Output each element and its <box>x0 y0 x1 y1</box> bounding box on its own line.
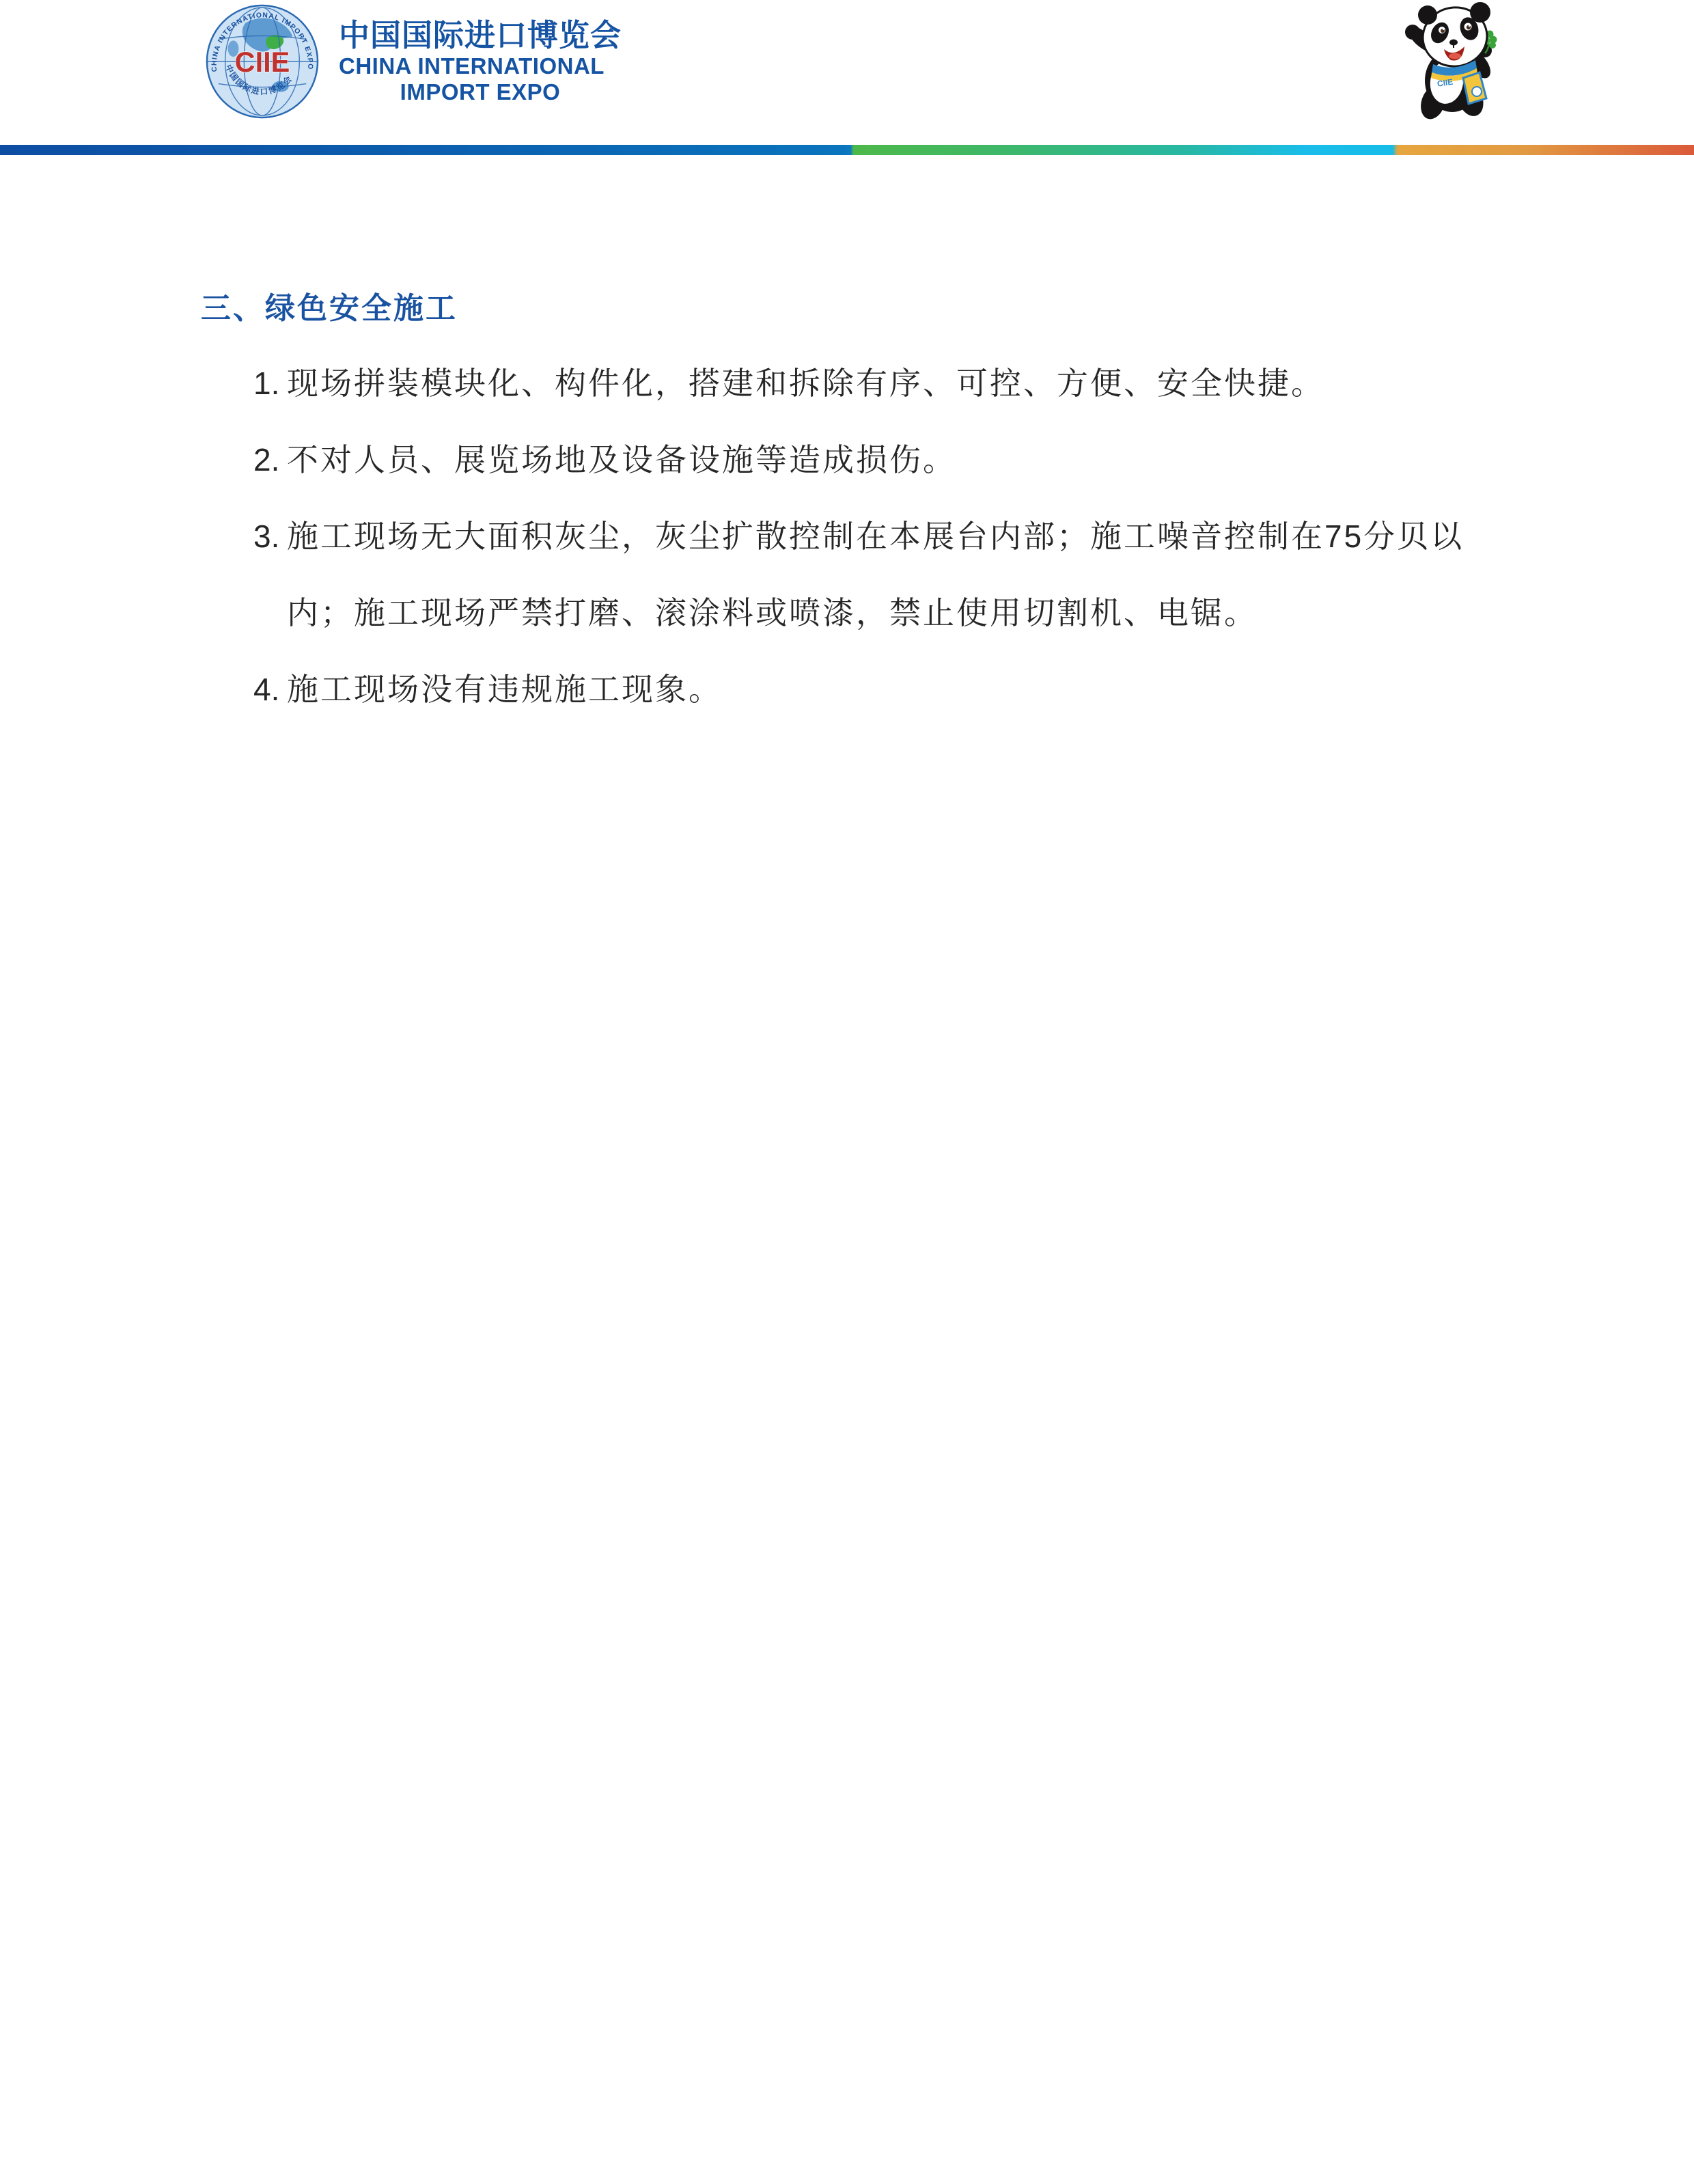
list-item: 2. 不对人员、展览场地及设备设施等造成损伤。 <box>253 421 1510 498</box>
list-item-text: 不对人员、展览场地及设备设施等造成损伤。 <box>287 421 1489 498</box>
panda-mascot-icon: CIIE <box>1393 1 1510 124</box>
list-item: 4. 施工现场没有违规施工现象。 <box>253 651 1510 728</box>
list-item: 1. 现场拼装模块化、构件化，搭建和拆除有序、可控、方便、安全快捷。 <box>253 345 1510 421</box>
list-item-text: 现场拼装模块化、构件化，搭建和拆除有序、可控、方便、安全快捷。 <box>287 345 1489 421</box>
ciie-monogram: CIIE <box>235 46 290 78</box>
list-item-number: 4. <box>253 651 287 728</box>
construction-rules-list: 1. 现场拼装模块化、构件化，搭建和拆除有序、可控、方便、安全快捷。 2. 不对… <box>253 345 1510 728</box>
brand-title-en-line2: IMPORT EXPO <box>339 79 622 105</box>
list-item: 3. 施工现场无大面积灰尘，灰尘扩散控制在本展台内部；施工噪音控制在75分贝以内… <box>253 498 1510 651</box>
list-item-number: 1. <box>253 345 287 421</box>
list-item-text: 施工现场没有违规施工现象。 <box>287 651 1489 728</box>
list-item-text: 施工现场无大面积灰尘，灰尘扩散控制在本展台内部；施工噪音控制在75分贝以内；施工… <box>287 498 1489 651</box>
list-item-number: 3. <box>253 498 287 575</box>
brand-title-en-line1: CHINA INTERNATIONAL <box>339 53 622 79</box>
section-heading: 三、绿色安全施工 <box>201 291 458 327</box>
document-page: CIIE CHINA INTERNATIONAL IMPORT EXPO 中国国… <box>0 0 1694 2184</box>
brand-wordmark: 中国国际进口博览会 CHINA INTERNATIONAL IMPORT EXP… <box>339 18 622 105</box>
header-gradient-divider <box>0 145 1694 155</box>
brand-title-cn: 中国国际进口博览会 <box>339 18 622 53</box>
ciie-globe-logo-icon: CIIE CHINA INTERNATIONAL IMPORT EXPO 中国国… <box>204 4 320 119</box>
list-item-number: 2. <box>253 421 287 498</box>
